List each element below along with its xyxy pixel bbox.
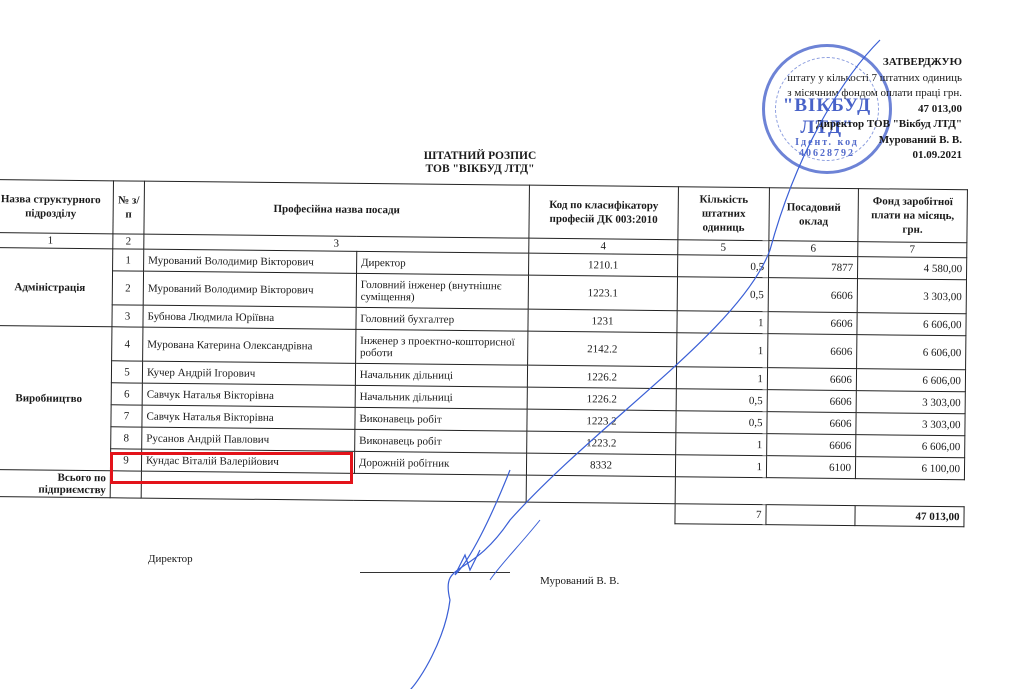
title-line1: ШТАТНИЙ РОЗПИС (410, 150, 550, 163)
staff-units: 1 (676, 367, 767, 390)
col-num: 7 (858, 242, 967, 258)
header-department: Назва структурного підрозділу (0, 180, 113, 234)
salary: 6606 (767, 368, 856, 391)
employee-name: Бубнова Людмила Юріївна (143, 305, 356, 329)
position-title: Начальник дільниці (355, 363, 527, 387)
total-label: Всього по підприємству (0, 469, 110, 497)
total-units: 7 (675, 504, 766, 525)
staff-units: 1 (677, 333, 768, 368)
row-number: 2 (112, 271, 143, 305)
position-title: Інженер з проектно-кошторисної роботи (355, 329, 527, 365)
position-title: Головний інженер (внутнішнє суміщення) (356, 273, 528, 309)
title-line2: ТОВ "ВІКБУД ЛТД" (410, 163, 550, 176)
employee-name: Мурований Володимир Вікторович (143, 271, 356, 307)
header-number: № з/п (113, 181, 145, 234)
staff-units: 0,5 (677, 277, 768, 312)
row-number: 6 (111, 383, 142, 405)
approval-amount: 47 013,00 (787, 102, 962, 118)
approval-position: Директор ТОВ "Вікбуд ЛТД" (787, 117, 962, 133)
col-num: 2 (113, 234, 144, 249)
monthly-fund: 6 100,00 (855, 457, 964, 480)
row-number: 1 (113, 249, 144, 271)
staff-units: 1 (676, 433, 767, 456)
approval-name: Мурований В. В. (787, 133, 962, 149)
header-fund: Фонд заробітної плати на місяць, грн. (858, 189, 968, 243)
profession-code: 1231 (528, 309, 677, 333)
salary: 6100 (766, 456, 855, 479)
header-units: Кількість штатних одиниць (678, 187, 770, 241)
position-title: Дорожній робітник (354, 451, 526, 475)
monthly-fund: 6 606,00 (857, 335, 966, 370)
empty-cell (526, 475, 675, 504)
col-num: 5 (678, 240, 769, 256)
employee-name: Мурований Володимир Вікторович (144, 249, 357, 273)
staff-units: 0,5 (676, 389, 767, 412)
employee-name: Кучер Андрій Ігорович (142, 361, 355, 385)
document-title: ШТАТНИЙ РОЗПИС ТОВ "ВІКБУД ЛТД" (410, 150, 550, 176)
approval-date: 01.09.2021 (787, 148, 962, 164)
monthly-fund: 6 606,00 (856, 369, 965, 392)
approval-heading: ЗАТВЕРДЖУЮ (787, 55, 962, 71)
row-number: 7 (111, 405, 142, 427)
monthly-fund: 3 303,00 (856, 413, 965, 436)
col-num: 1 (0, 233, 113, 249)
approval-line2: з місячним фондом оплати праці грн. (787, 86, 962, 102)
staff-units: 0,5 (676, 411, 767, 434)
position-title: Директор (356, 251, 528, 275)
monthly-fund: 6 606,00 (857, 313, 966, 336)
position-title: Начальник дільниці (355, 385, 527, 409)
col-num: 4 (529, 238, 678, 255)
staff-units: 1 (677, 311, 768, 334)
monthly-fund: 3 303,00 (857, 279, 966, 314)
employee-name: Савчук Наталья Вікторівна (142, 405, 355, 429)
signature-line (360, 572, 510, 573)
employee-name: Русанов Андрій Павлович (142, 427, 355, 451)
header-code: Код по класифікатору професій ДК 003:201… (529, 185, 679, 240)
row-number: 3 (112, 305, 143, 327)
position-title: Виконавець робіт (355, 429, 527, 453)
profession-code: 1223.2 (527, 431, 676, 455)
approval-line1: штату у кількості 7 штатних одиниць (787, 71, 962, 87)
total-fund: 47 013,00 (855, 506, 964, 527)
salary: 6606 (767, 412, 856, 435)
empty-cell (766, 505, 855, 526)
salary: 6606 (768, 334, 857, 369)
approval-block: ЗАТВЕРДЖУЮ штату у кількості 7 штатних о… (787, 55, 962, 164)
salary: 6606 (768, 312, 857, 335)
profession-code: 1210.1 (529, 253, 678, 277)
footer-signer-name: Мурований В. В. (540, 575, 619, 587)
profession-code: 1226.2 (527, 365, 676, 389)
header-position: Професійна назва посади (144, 181, 530, 238)
profession-code: 1223.2 (527, 409, 676, 433)
profession-code: 1226.2 (527, 387, 676, 411)
profession-code: 1223.1 (528, 275, 677, 311)
staff-units: 1 (675, 455, 766, 478)
salary: 6606 (768, 278, 857, 313)
row-number: 8 (111, 427, 142, 449)
total-values-row: 747 013,00 (0, 496, 964, 526)
monthly-fund: 4 580,00 (858, 257, 967, 280)
salary: 7877 (769, 256, 858, 279)
header-salary: Посадовий оклад (769, 188, 859, 242)
profession-code: 2142.2 (528, 331, 677, 367)
position-title: Головний бухгалтер (356, 307, 528, 331)
monthly-fund: 6 606,00 (856, 435, 965, 458)
position-title: Виконавець робіт (355, 407, 527, 431)
staff-units: 0,5 (678, 255, 769, 278)
col-num: 6 (769, 241, 858, 257)
department-cell: Виробництво (0, 325, 112, 470)
department-cell: Адміністрація (0, 248, 113, 327)
row-number: 4 (112, 327, 143, 361)
salary: 6606 (767, 390, 856, 413)
document-page: "ВІКБУД ЛТД" Ідент. код 40628792 ЗАТВЕРД… (0, 0, 1024, 689)
salary: 6606 (767, 434, 856, 457)
profession-code: 8332 (526, 453, 675, 477)
monthly-fund: 3 303,00 (856, 391, 965, 414)
highlight-box (110, 452, 353, 484)
employee-name: Мурована Катерина Олександрівна (143, 327, 356, 363)
footer-signer-title: Директор (148, 553, 193, 565)
employee-name: Савчук Наталья Вікторівна (142, 383, 355, 407)
row-number: 5 (111, 361, 142, 383)
